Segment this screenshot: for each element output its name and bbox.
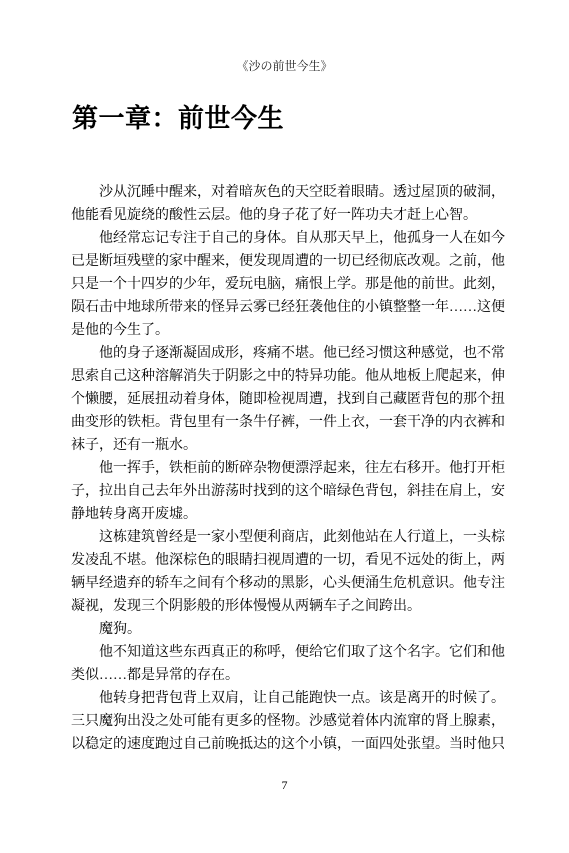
body-text: 沙从沉睡中醒来，对着暗灰色的天空眨着眼睛。透过屋顶的破洞，他能看见旋绕的酸性云层… — [71, 181, 505, 756]
chapter-title: 第一章：前世今生 — [72, 103, 284, 135]
paragraph: 他一挥手，铁柜前的断碎杂物便漂浮起来，往左右移开。他打开柜子，拉出自己去年外出游… — [71, 457, 505, 526]
paragraph: 这栋建筑曾经是一家小型便利商店，此刻他站在人行道上，一头棕发凌乱不堪。他深棕色的… — [71, 526, 505, 618]
paragraph: 他不知道这些东西真正的称呼，便给它们取了这个名字。它们和他类似……都是异常的存在… — [71, 641, 505, 687]
paragraph: 他的身子逐渐凝固成形，疼痛不堪。他已经习惯这种感觉，也不常思索自己这种溶解消失于… — [71, 342, 505, 457]
document-page: 《沙の前世今生》 第一章：前世今生 沙从沉睡中醒来，对着暗灰色的天空眨着眼睛。透… — [0, 0, 569, 853]
paragraph: 他经常忘记专注于自己的身体。自从那天早上，他孤身一人在如今已是断垣残壁的家中醒来… — [71, 227, 505, 342]
page-number: 7 — [0, 777, 569, 793]
running-header: 《沙の前世今生》 — [0, 59, 569, 73]
paragraph: 他转身把背包背上双肩，让自己能跑快一点。该是离开的时候了。三只魔狗出没之处可能有… — [71, 687, 505, 756]
paragraph: 魔狗。 — [71, 618, 505, 641]
paragraph: 沙从沉睡中醒来，对着暗灰色的天空眨着眼睛。透过屋顶的破洞，他能看见旋绕的酸性云层… — [71, 181, 505, 227]
